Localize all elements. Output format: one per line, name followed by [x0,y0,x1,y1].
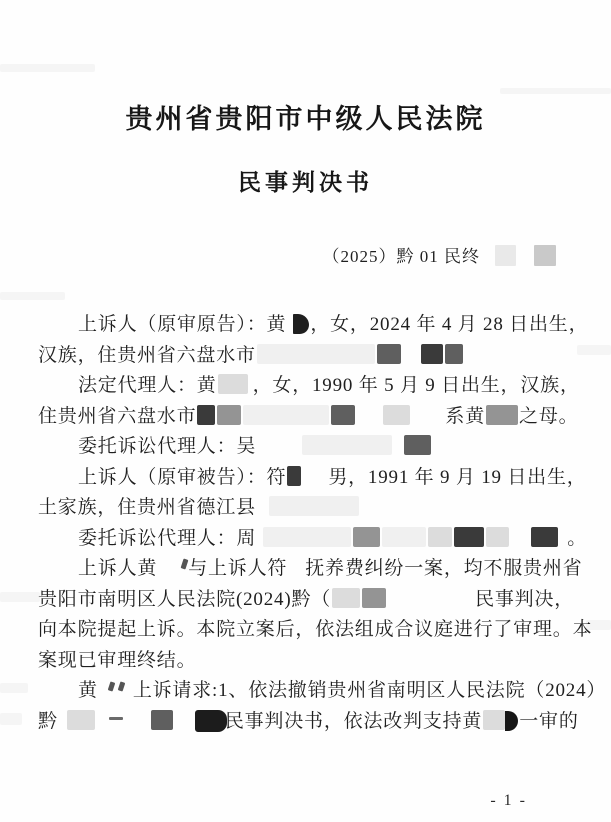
redaction-box [495,245,516,266]
spacer [356,421,382,422]
spacer [58,726,66,727]
text-run: 汉族，住贵州省六盘水市 [38,345,256,366]
spacer [480,261,494,262]
text-run: 一审的 [519,711,578,732]
judgment-line: 上诉人（原审被告）：符男，1991 年 9 月 19 日出生， [38,463,581,494]
redaction-box [531,527,558,547]
page-number: - 1 - [0,792,611,810]
spacer [125,695,133,696]
redaction-box [217,405,241,425]
spacer [559,543,567,544]
text-run: 黔 [38,711,58,732]
redaction-box [109,717,123,720]
spacer [174,726,194,727]
spacer [286,329,292,330]
text-run: 委托诉讼代理人：周 [78,528,256,549]
redaction-box [257,344,375,364]
redaction-box [151,710,173,730]
scan-artifact [0,292,65,300]
spacer [256,512,268,513]
redaction-box [108,681,116,691]
judgment-line: 案现已审理终结。 [38,646,581,677]
spacer [287,573,305,574]
text-run: 黄 [78,680,98,701]
scan-artifact [0,713,22,725]
judgment-line: 法定代理人：黄，女，1990 年 5 月 9 日出生，汉族， [38,371,581,402]
redaction-box [243,405,329,425]
judgment-body: 上诉人（原审原告）：黄，女，2024 年 4 月 28 日出生，汉族，住贵州省六… [38,310,581,737]
case-number-line: （2025）黔 01 民终 [0,242,611,267]
spacer [96,726,108,727]
redaction-box [332,588,360,608]
court-name: 贵州省贵阳市中级人民法院 [0,97,611,136]
spacer [115,695,118,696]
redaction-box [486,527,509,547]
spacer [402,360,420,361]
text-run: （2025）黔 01 民终 [323,247,481,266]
judgment-line: 黔民事判决书，依法改判支持黄一审的 [38,707,581,738]
redaction-box [287,466,301,486]
judgment-document-page: 贵州省贵阳市中级人民法院 民事判决书 （2025）黔 01 民终 上诉人（原审原… [0,0,611,822]
redaction-box [302,435,392,455]
text-run: 住贵州省六盘水市 [38,406,196,427]
judgment-line: 土家族，住贵州省德江县 [38,493,581,524]
judgment-line: 委托诉讼代理人：吴 [38,432,581,463]
redaction-box [218,374,248,394]
judgment-line: 委托诉讼代理人：周。 [38,524,581,555]
redaction-box [428,527,452,547]
redaction-box [263,527,351,547]
redaction-box [377,344,401,364]
text-run: 上诉人（原审原告）：黄 [78,314,286,335]
spacer [510,543,530,544]
scan-artifact [500,88,611,94]
scan-artifact [0,64,95,72]
redaction-box [534,245,556,266]
text-run: 系黄 [445,406,485,427]
text-run: 上诉人黄 [78,558,157,579]
scan-artifact [0,683,28,693]
redaction-box [362,588,386,608]
spacer [387,604,475,605]
text-run: 民事判决， [475,589,574,610]
judgment-line: 上诉人黄与上诉人符抚养费纠纷一案，均不服贵州省 [38,554,581,585]
judgment-line: 向本院提起上诉。本院立案后，依法组成合议庭进行了审理。本 [38,615,581,646]
text-run: 上诉人（原审被告）：符 [78,467,286,488]
spacer [517,261,533,262]
text-run: 。 [567,528,587,549]
redaction-box [445,344,463,364]
spacer [393,451,403,452]
text-run: ，女，2024 年 4 月 28 日出生， [310,314,588,335]
redaction-box [382,527,426,547]
redaction-box [454,527,484,547]
judgment-line: 汉族，住贵州省六盘水市 [38,341,581,372]
redaction-box [505,711,518,731]
redaction-box [269,496,359,516]
text-run: 男，1991 年 9 月 19 日出生， [328,467,586,488]
judgment-line: 黄上诉请求:1、依法撤销贵州省南明区人民法院（2024） [38,676,581,707]
redaction-box [331,405,355,425]
redaction-box [293,314,309,334]
text-run: 抚养费纠纷一案，均不服贵州省 [305,558,582,579]
redaction-box [67,710,95,730]
redaction-box [118,681,126,691]
spacer [124,726,150,727]
text-run: 委托诉讼代理人：吴 [78,436,256,457]
spacer [256,451,301,452]
text-run: ，女，1990 年 5 月 9 日出生，汉族， [253,375,580,396]
redaction-box [421,344,443,364]
text-run: 案现已审理终结。 [38,650,196,671]
redaction-box [195,710,227,732]
redaction-box [197,405,215,425]
redaction-box [483,710,505,730]
text-run: 向本院提起上诉。本院立案后，依法组成合议庭进行了审理。本 [38,619,592,640]
text-run: 民事判决书，依法改判支持黄 [225,711,482,732]
spacer [302,482,328,483]
spacer [256,543,262,544]
redaction-box [486,405,518,425]
text-run: 与上诉人符 [188,558,287,579]
redaction-box [404,435,431,455]
judgment-line: 上诉人（原审原告）：黄，女，2024 年 4 月 28 日出生， [38,310,581,341]
text-run: 法定代理人：黄 [78,375,217,396]
document-title: 民事判决书 [0,164,611,197]
judgment-line: 住贵州省六盘水市系黄之母。 [38,402,581,433]
redaction-box [383,405,410,425]
text-run: 上诉请求:1、依法撤销贵州省南明区人民法院（2024） [133,680,606,701]
scan-artifact [0,592,40,602]
judgment-line: 贵阳市南明区人民法院(2024)黔（民事判决， [38,585,581,616]
spacer [157,573,181,574]
spacer [98,695,108,696]
scan-artifact [577,345,611,355]
spacer [411,421,445,422]
text-run: 贵阳市南明区人民法院(2024)黔（ [38,589,331,610]
text-run: 之母。 [519,406,578,427]
redaction-box [353,527,380,547]
text-run: 土家族，住贵州省德江县 [38,497,256,518]
